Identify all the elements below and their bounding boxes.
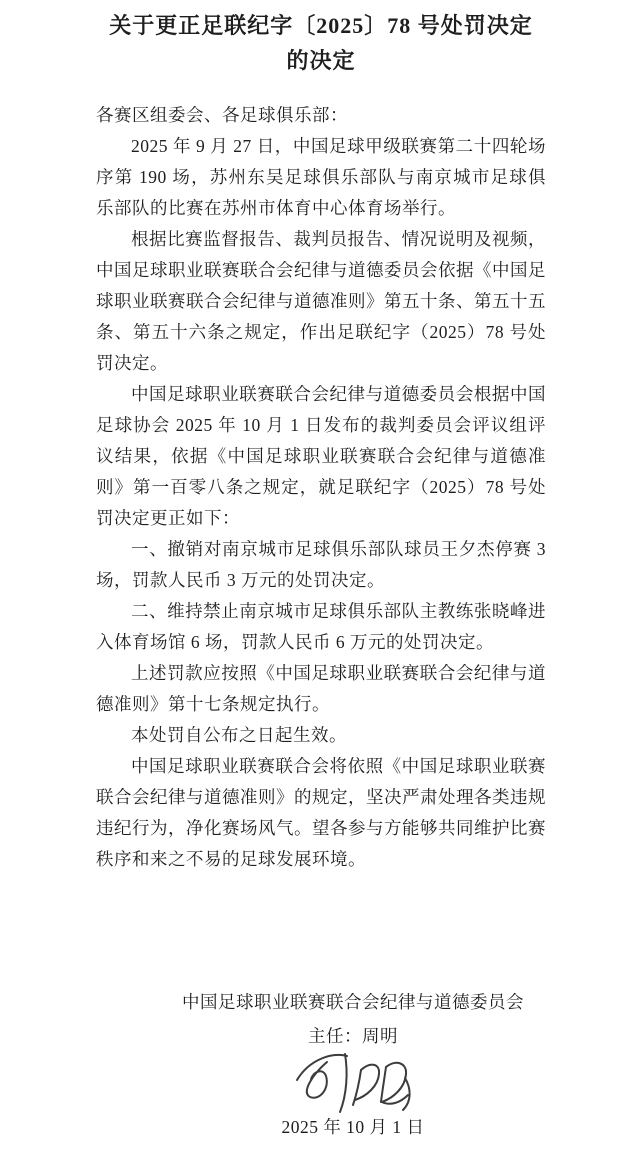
salutation: 各赛区组委会、各足球俱乐部：: [96, 100, 546, 131]
body-paragraph: 中国足球职业联赛联合会将依照《中国足球职业联赛联合会纪律与道德准则》的规定，坚决…: [96, 751, 546, 875]
committee-name: 中国足球职业联赛联合会纪律与道德委员会: [182, 987, 524, 1018]
date-line: 2025 年 10 月 1 日: [182, 1112, 524, 1143]
body-paragraph: 2025 年 9 月 27 日，中国足球甲级联赛第二十四轮场序第 190 场，苏…: [96, 131, 546, 224]
document-title-line-1: 关于更正足联纪字〔2025〕78 号处罚决定: [96, 8, 546, 43]
signature-block: 中国足球职业联赛联合会纪律与道德委员会 主任：周明 2025 年 10 月 1 …: [182, 987, 524, 1143]
document-title: 关于更正足联纪字〔2025〕78 号处罚决定 的决定: [96, 8, 546, 78]
body-paragraph: 本处罚自公布之日起生效。: [96, 720, 546, 751]
document-page: 关于更正足联纪字〔2025〕78 号处罚决定 的决定 各赛区组委会、各足球俱乐部…: [0, 0, 640, 1151]
body-paragraph: 中国足球职业联赛联合会纪律与道德委员会根据中国足球协会 2025 年 10 月 …: [96, 379, 546, 534]
document-title-line-2: 的决定: [96, 43, 546, 78]
body-paragraph: 上述罚款应按照《中国足球职业联赛联合会纪律与道德准则》第十七条规定执行。: [96, 658, 546, 720]
body-paragraph: 根据比赛监督报告、裁判员报告、情况说明及视频，中国足球职业联赛联合会纪律与道德委…: [96, 224, 546, 379]
handwritten-signature-icon: [281, 1048, 425, 1114]
signer-line: 主任：周明: [182, 1021, 524, 1052]
document-body: 2025 年 9 月 27 日，中国足球甲级联赛第二十四轮场序第 190 场，苏…: [96, 131, 546, 875]
body-paragraph: 二、维持禁止南京城市足球俱乐部队主教练张晓峰进入体育场馆 6 场，罚款人民币 6…: [96, 596, 546, 658]
body-paragraph: 一、撤销对南京城市足球俱乐部队球员王夕杰停赛 3 场，罚款人民币 3 万元的处罚…: [96, 534, 546, 596]
